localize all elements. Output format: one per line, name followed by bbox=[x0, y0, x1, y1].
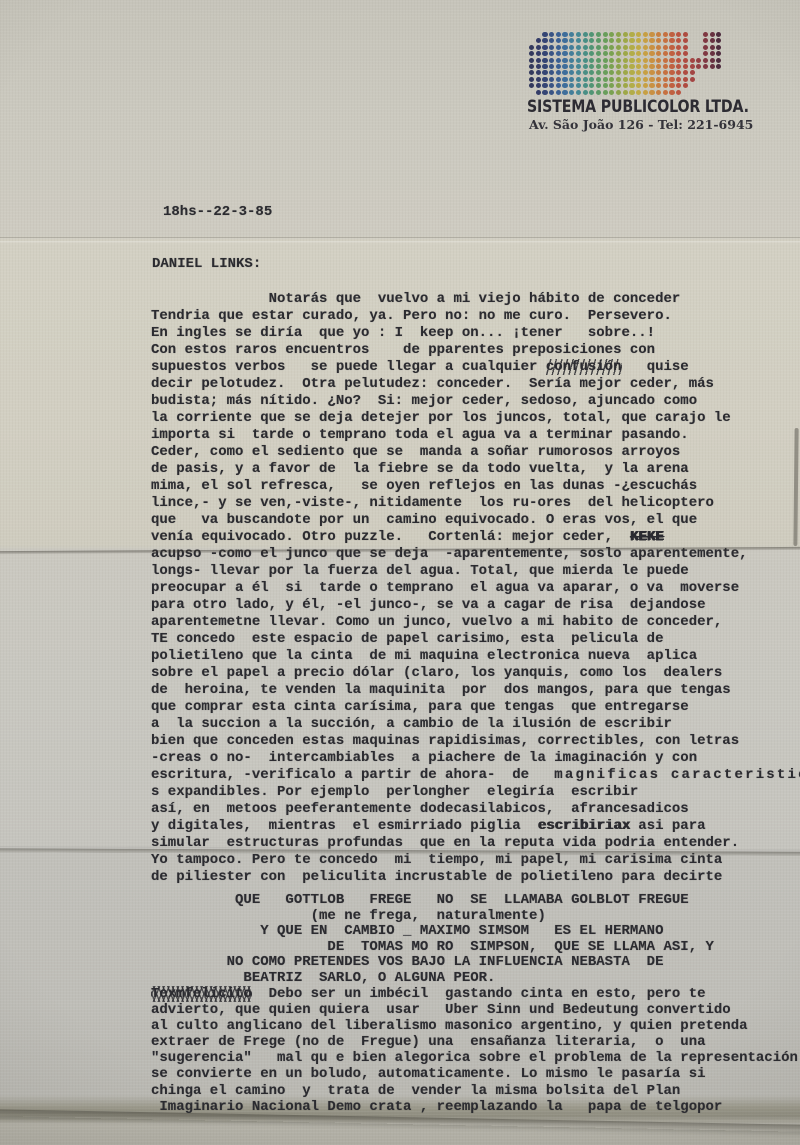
logo-dot bbox=[609, 64, 614, 69]
logo-dot bbox=[716, 38, 721, 43]
text-line: Tendria que estar curado, ya. Pero no: n… bbox=[151, 308, 800, 325]
emphasis-block: QUE GOTTLOB FREGE NO SE LLAMABA GOLBLOT … bbox=[151, 893, 714, 987]
logo-dot bbox=[629, 90, 634, 95]
logo-dot bbox=[576, 64, 581, 69]
logo-dot bbox=[663, 77, 668, 82]
logo-dot bbox=[623, 32, 628, 37]
logo-dot bbox=[596, 32, 601, 37]
logo-dot bbox=[549, 90, 554, 95]
logo-dot bbox=[542, 58, 547, 63]
logo-dot bbox=[603, 64, 608, 69]
letter-body-1: Notarás que vuelvo a mi viejo hábito de … bbox=[151, 291, 800, 886]
logo-dot bbox=[596, 45, 601, 50]
text-line: "sugerencia" mal qu e bien alegorica sob… bbox=[151, 1050, 798, 1066]
logo-dot bbox=[629, 32, 634, 37]
logo-dot bbox=[542, 45, 547, 50]
text-segment: confusión bbox=[546, 359, 622, 375]
logo-dot bbox=[529, 83, 534, 88]
logo-dot bbox=[542, 83, 547, 88]
logo-dot bbox=[569, 51, 574, 56]
logo-dot bbox=[562, 77, 567, 82]
logo-dot bbox=[536, 58, 541, 63]
logo-dot bbox=[656, 32, 661, 37]
logo-dot bbox=[562, 58, 567, 63]
logo-dot bbox=[542, 64, 547, 69]
text-line: a la succion a la succión, a cambio de l… bbox=[151, 716, 800, 733]
logo-dot bbox=[596, 51, 601, 56]
text-line: advierto, que quien quiera usar Uber Sin… bbox=[151, 1002, 798, 1018]
logo-dot bbox=[623, 58, 628, 63]
logo-dot bbox=[656, 38, 661, 43]
logo-dot bbox=[609, 77, 614, 82]
logo-dot bbox=[529, 77, 534, 82]
logo-dot bbox=[583, 58, 588, 63]
logo-dot bbox=[609, 83, 614, 88]
logo-dot bbox=[623, 77, 628, 82]
logo-dot bbox=[616, 38, 621, 43]
logo-dot bbox=[656, 51, 661, 56]
text-line: Notarás que vuelvo a mi viejo hábito de … bbox=[151, 291, 800, 308]
logo-dot bbox=[556, 45, 561, 50]
logo-dot bbox=[536, 64, 541, 69]
text-line: BEATRIZ SARLO, O ALGUNA PEOR. bbox=[151, 971, 714, 987]
logo-dot bbox=[656, 83, 661, 88]
logo-dot bbox=[716, 64, 721, 69]
company-name: SISTEMA PUBLICOLOR LTDA. bbox=[527, 97, 749, 116]
logo-dot bbox=[589, 51, 594, 56]
logo-dot bbox=[603, 70, 608, 75]
logo-dot bbox=[549, 38, 554, 43]
logo-dot bbox=[609, 70, 614, 75]
text-line: así, en metoos peeferantemente dodecasil… bbox=[151, 801, 800, 818]
logo-dot bbox=[616, 77, 621, 82]
logo-dot bbox=[536, 90, 541, 95]
logo-dot bbox=[643, 64, 648, 69]
logo-dot bbox=[536, 70, 541, 75]
logo-dot bbox=[542, 77, 547, 82]
logo-dot bbox=[676, 38, 681, 43]
logo-dot bbox=[636, 77, 641, 82]
logo-dot bbox=[676, 45, 681, 50]
logo-dot bbox=[549, 83, 554, 88]
text-line: Ceder, como el sediento que se manda a s… bbox=[151, 444, 800, 461]
logo-dot bbox=[556, 90, 561, 95]
logo-dot bbox=[583, 83, 588, 88]
logo-dot bbox=[549, 70, 554, 75]
logo-dot bbox=[556, 64, 561, 69]
logo-dot bbox=[636, 32, 641, 37]
text-line: que comprar esta cinta carísima, para qu… bbox=[151, 699, 800, 716]
text-line: (me ne frega, naturalmente) bbox=[151, 909, 714, 925]
text-line: Con estos raros encuentros de pparentes … bbox=[151, 342, 800, 359]
logo-dot bbox=[690, 58, 695, 63]
logo-dot bbox=[663, 70, 668, 75]
logo-dot bbox=[656, 58, 661, 63]
logo-dot bbox=[589, 45, 594, 50]
logo-dot bbox=[569, 64, 574, 69]
text-line: de heroina, te venden la maquinita por d… bbox=[151, 682, 800, 699]
logo-dot bbox=[562, 45, 567, 50]
text-line: acupso -como el junco que se deja -apare… bbox=[151, 546, 800, 563]
logo-dot bbox=[623, 64, 628, 69]
logo-dot bbox=[616, 32, 621, 37]
text-line: que va buscandote por un camino equivoca… bbox=[151, 512, 800, 529]
logo-dot bbox=[643, 90, 648, 95]
logo-dot bbox=[609, 32, 614, 37]
logo-dot bbox=[603, 58, 608, 63]
logo-dot bbox=[669, 58, 674, 63]
logo-dot bbox=[663, 83, 668, 88]
logo-dot bbox=[549, 64, 554, 69]
logo-dot bbox=[649, 70, 654, 75]
logo-dot bbox=[529, 64, 534, 69]
logo-dot bbox=[690, 77, 695, 82]
logo-dot bbox=[643, 70, 648, 75]
logo-dot bbox=[636, 45, 641, 50]
logo-dot bbox=[603, 77, 608, 82]
logo-dot bbox=[716, 32, 721, 37]
logo-dot bbox=[636, 90, 641, 95]
logo-dot bbox=[603, 83, 608, 88]
logo-dot bbox=[676, 32, 681, 37]
text-segment: quise bbox=[622, 359, 689, 375]
logo-dot bbox=[683, 38, 688, 43]
logo-dot bbox=[663, 90, 668, 95]
text-line: polietileno que la cinta de mi maquina e… bbox=[151, 648, 800, 665]
text-segment: Debo ser un imbécil gastando cinta en es… bbox=[252, 986, 706, 1002]
text-line: QUE GOTTLOB FREGE NO SE LLAMABA GOLBLOT … bbox=[151, 893, 714, 909]
logo-dot bbox=[569, 58, 574, 63]
text-line: aparentemetne llevar. Como un junco, vue… bbox=[151, 614, 800, 631]
logo-dot bbox=[576, 32, 581, 37]
text-line: supuestos verbos se puede llegar a cualq… bbox=[151, 359, 800, 376]
logo-dot bbox=[583, 45, 588, 50]
logo-dot bbox=[583, 90, 588, 95]
logo-dot bbox=[616, 58, 621, 63]
logo-dot bbox=[562, 90, 567, 95]
logo-dot bbox=[603, 90, 608, 95]
logo-dot bbox=[549, 51, 554, 56]
logo-dot bbox=[609, 45, 614, 50]
logo-dot bbox=[603, 32, 608, 37]
logo-dot bbox=[616, 64, 621, 69]
logo-dot bbox=[576, 45, 581, 50]
logo-dot bbox=[649, 64, 654, 69]
text-line: escritura, -verificalo a partir de ahora… bbox=[151, 767, 800, 784]
logo-dot bbox=[569, 77, 574, 82]
text-segment: KEKE bbox=[630, 529, 664, 545]
logo-dot bbox=[683, 70, 688, 75]
logo-dot bbox=[583, 51, 588, 56]
logo-dot bbox=[569, 32, 574, 37]
text-line: lince,- y se ven,-viste-, nitidamente lo… bbox=[151, 495, 800, 512]
text-line: venía equivocado. Otro puzzle. Cortenlá:… bbox=[151, 529, 800, 546]
logo-dot bbox=[649, 83, 654, 88]
logo-dot bbox=[589, 32, 594, 37]
text-line: para otro lado, y él, -el junco-, se va … bbox=[151, 597, 800, 614]
logo-dot bbox=[542, 38, 547, 43]
logo-dot bbox=[636, 83, 641, 88]
logo-dot bbox=[649, 32, 654, 37]
logo-dot bbox=[556, 70, 561, 75]
logo-dot bbox=[589, 58, 594, 63]
logo-dot bbox=[649, 45, 654, 50]
logo-dot bbox=[636, 64, 641, 69]
logo-dot bbox=[676, 64, 681, 69]
text-line: budista; más nítido. ¿No? Si: mejor cede… bbox=[151, 393, 800, 410]
logo-dot bbox=[562, 38, 567, 43]
logo-dot bbox=[529, 51, 534, 56]
logo-dot bbox=[663, 58, 668, 63]
logo-dot bbox=[583, 70, 588, 75]
logo-dot bbox=[669, 38, 674, 43]
logo-dot bbox=[556, 58, 561, 63]
logo-dot bbox=[649, 90, 654, 95]
logo-dot bbox=[623, 45, 628, 50]
logo-dot bbox=[616, 70, 621, 75]
logo-dot bbox=[676, 77, 681, 82]
logo-dot bbox=[649, 58, 654, 63]
logo-dot bbox=[609, 38, 614, 43]
logo-dot bbox=[643, 77, 648, 82]
text-line: -creas o no- intercambiables a piachere … bbox=[151, 750, 800, 767]
text-line: al culto anglicano del liberalismo mason… bbox=[151, 1018, 798, 1034]
logo-dot bbox=[589, 70, 594, 75]
logo-dot bbox=[643, 38, 648, 43]
logo-dot bbox=[710, 51, 715, 56]
logo-dot bbox=[703, 45, 708, 50]
logo-dot bbox=[656, 64, 661, 69]
text-line: de pasis, y a favor de la fiebre se da t… bbox=[151, 461, 800, 478]
logo-dot bbox=[589, 64, 594, 69]
logo-dot bbox=[542, 70, 547, 75]
logo-dot bbox=[663, 51, 668, 56]
logo-dot bbox=[556, 77, 561, 82]
text-line: y digitales, mientras el esmirriado pigl… bbox=[151, 818, 800, 835]
logo-dot bbox=[596, 64, 601, 69]
logo-dot bbox=[549, 58, 554, 63]
text-line: sobre el papel a precio dólar (claro, lo… bbox=[151, 665, 800, 682]
logo-dot bbox=[683, 77, 688, 82]
logo-dot bbox=[669, 51, 674, 56]
logo-dot bbox=[710, 64, 715, 69]
logo-dot bbox=[683, 58, 688, 63]
logo-dot bbox=[663, 45, 668, 50]
logo-dot bbox=[710, 58, 715, 63]
logo-dot bbox=[603, 45, 608, 50]
logo-dot bbox=[649, 51, 654, 56]
text-line: Y QUE EN CAMBIO _ MAXIMO SIMSOM ES EL HE… bbox=[151, 924, 714, 940]
logo-dot bbox=[556, 51, 561, 56]
logo-dot bbox=[629, 64, 634, 69]
logo-dot bbox=[629, 83, 634, 88]
logo-dot bbox=[690, 70, 695, 75]
text-line: Yo tampoco. Pero te concedo mi tiempo, m… bbox=[151, 852, 800, 869]
text-line: se convierte en un boludo, automaticamen… bbox=[151, 1066, 798, 1082]
logo-dot bbox=[596, 90, 601, 95]
text-line: de piliester con peliculita incrustable … bbox=[151, 869, 800, 886]
logo-dot bbox=[616, 83, 621, 88]
logo-dot bbox=[542, 51, 547, 56]
logo-dot bbox=[562, 83, 567, 88]
letter-page: SISTEMA PUBLICOLOR LTDA. Av. São João 12… bbox=[0, 0, 800, 1145]
text-line: simular estructuras profundas que en la … bbox=[151, 835, 800, 852]
logo-dot bbox=[656, 90, 661, 95]
logo-dot bbox=[576, 58, 581, 63]
logo-dot bbox=[616, 45, 621, 50]
text-segment: venía equivocado. Otro puzzle. Cortenlá:… bbox=[151, 529, 630, 545]
logo-dot bbox=[616, 90, 621, 95]
logo-dot bbox=[596, 38, 601, 43]
logo-dot bbox=[556, 38, 561, 43]
logo-dot bbox=[696, 58, 701, 63]
logo-dot bbox=[556, 83, 561, 88]
logo-dot bbox=[536, 45, 541, 50]
text-line: TE concedo este espacio de papel carisim… bbox=[151, 631, 800, 648]
logo-dot bbox=[676, 58, 681, 63]
logo-dot bbox=[643, 45, 648, 50]
logo-dot bbox=[569, 90, 574, 95]
logo-dot bbox=[576, 90, 581, 95]
text-line: En ingles se diría que yo : I keep on...… bbox=[151, 325, 800, 342]
logo-dot bbox=[569, 38, 574, 43]
logo-dot bbox=[703, 32, 708, 37]
logo-dot bbox=[696, 64, 701, 69]
logo-dot bbox=[676, 51, 681, 56]
logo-dot bbox=[589, 83, 594, 88]
logo-dot bbox=[683, 32, 688, 37]
logo-dot bbox=[676, 83, 681, 88]
text-line: importa si tarde o temprano toda el agua… bbox=[151, 427, 800, 444]
text-segment: Texmfelicito bbox=[151, 986, 252, 1002]
logo-dot bbox=[710, 45, 715, 50]
logo-dot bbox=[576, 38, 581, 43]
logo-dot bbox=[576, 83, 581, 88]
text-line: la corriente que se deja detejer por los… bbox=[151, 410, 800, 427]
logo-dot bbox=[629, 58, 634, 63]
logo-dot bbox=[536, 83, 541, 88]
text-line: Texmfelicito Debo ser un imbécil gastand… bbox=[151, 986, 798, 1002]
logo-dot bbox=[649, 38, 654, 43]
salutation: DANIEL LINKS: bbox=[152, 256, 261, 272]
letter-body-2: Texmfelicito Debo ser un imbécil gastand… bbox=[151, 986, 798, 1115]
logo-dot bbox=[529, 70, 534, 75]
text-line: NO COMO PRETENDES VOS BAJO LA INFLUENCIA… bbox=[151, 955, 714, 971]
logo-dot bbox=[683, 64, 688, 69]
logo-dot bbox=[623, 70, 628, 75]
logo-dot bbox=[609, 51, 614, 56]
logo-dot bbox=[623, 38, 628, 43]
logo-dot bbox=[629, 77, 634, 82]
text-segment: y digitales, mientras el esmirriado pigl… bbox=[151, 818, 537, 834]
logo-dot bbox=[663, 32, 668, 37]
logo-dot bbox=[629, 38, 634, 43]
logo-dot bbox=[583, 38, 588, 43]
logo-dot bbox=[589, 77, 594, 82]
logo-dot bbox=[683, 45, 688, 50]
logo-dot bbox=[669, 45, 674, 50]
logo-dot bbox=[623, 83, 628, 88]
logo-dot bbox=[703, 64, 708, 69]
company-address: Av. São João 126 - Tel: 221-6945 bbox=[529, 117, 753, 132]
text-segment: asi para bbox=[630, 818, 706, 834]
logo-dot bbox=[649, 77, 654, 82]
logo-dot bbox=[569, 45, 574, 50]
logo-dot bbox=[609, 58, 614, 63]
logo-dot bbox=[549, 45, 554, 50]
logo-dot bbox=[576, 70, 581, 75]
text-line: longs- llevar por la fuerza del agua. To… bbox=[151, 563, 800, 580]
logo-dot bbox=[669, 64, 674, 69]
logo-dot bbox=[623, 90, 628, 95]
logo-dot bbox=[529, 58, 534, 63]
logo-dot bbox=[716, 58, 721, 63]
logo-dot bbox=[703, 38, 708, 43]
logo-dot bbox=[663, 64, 668, 69]
logo-dot bbox=[589, 90, 594, 95]
text-line: bien que conceden estas maquinas rapidis… bbox=[151, 733, 800, 750]
logo-dot bbox=[596, 83, 601, 88]
date-line: 18hs--22-3-85 bbox=[163, 204, 272, 220]
text-segment: magnificas caracteristic bbox=[554, 767, 800, 783]
logo-dot bbox=[656, 77, 661, 82]
logo-dot bbox=[703, 51, 708, 56]
logo-dot bbox=[596, 58, 601, 63]
logo-dot bbox=[643, 32, 648, 37]
text-line: s expandibles. Por ejemplo perlongher el… bbox=[151, 784, 800, 801]
text-line: decir pelotudez. Otra pelutudez: concede… bbox=[151, 376, 800, 393]
logo-dot bbox=[690, 64, 695, 69]
fold-crease-top bbox=[0, 237, 800, 241]
logo-dot bbox=[542, 32, 547, 37]
logo-dot bbox=[529, 45, 534, 50]
logo-dot bbox=[643, 51, 648, 56]
logo-dot bbox=[583, 64, 588, 69]
logo-dot bbox=[596, 70, 601, 75]
logo-dot bbox=[636, 58, 641, 63]
logo-dot bbox=[536, 77, 541, 82]
logo-dot bbox=[683, 51, 688, 56]
logo-dot bbox=[589, 38, 594, 43]
logo-dot bbox=[669, 32, 674, 37]
logo-dot bbox=[703, 58, 708, 63]
logo-dot bbox=[616, 51, 621, 56]
logo-dot bbox=[629, 70, 634, 75]
text-line: preocupar a él si tarde o temprano el ag… bbox=[151, 580, 800, 597]
logo-dot bbox=[656, 45, 661, 50]
logo-dot bbox=[716, 51, 721, 56]
logo-dot bbox=[636, 70, 641, 75]
text-segment: escribiriax bbox=[537, 818, 629, 834]
logo-dot bbox=[576, 51, 581, 56]
logo-dot bbox=[549, 32, 554, 37]
logo-dot bbox=[583, 32, 588, 37]
publicolor-logo bbox=[529, 32, 723, 96]
text-line: chinga el camino y trata de vender la mi… bbox=[151, 1083, 798, 1099]
logo-dot bbox=[603, 51, 608, 56]
logo-dot bbox=[536, 38, 541, 43]
logo-dot bbox=[669, 90, 674, 95]
logo-dot bbox=[656, 70, 661, 75]
logo-dot bbox=[669, 83, 674, 88]
logo-dot bbox=[603, 38, 608, 43]
logo-dot bbox=[569, 70, 574, 75]
logo-dot bbox=[556, 32, 561, 37]
logo-dot bbox=[596, 77, 601, 82]
logo-dot bbox=[542, 90, 547, 95]
logo-dot bbox=[676, 70, 681, 75]
logo-dot bbox=[536, 51, 541, 56]
